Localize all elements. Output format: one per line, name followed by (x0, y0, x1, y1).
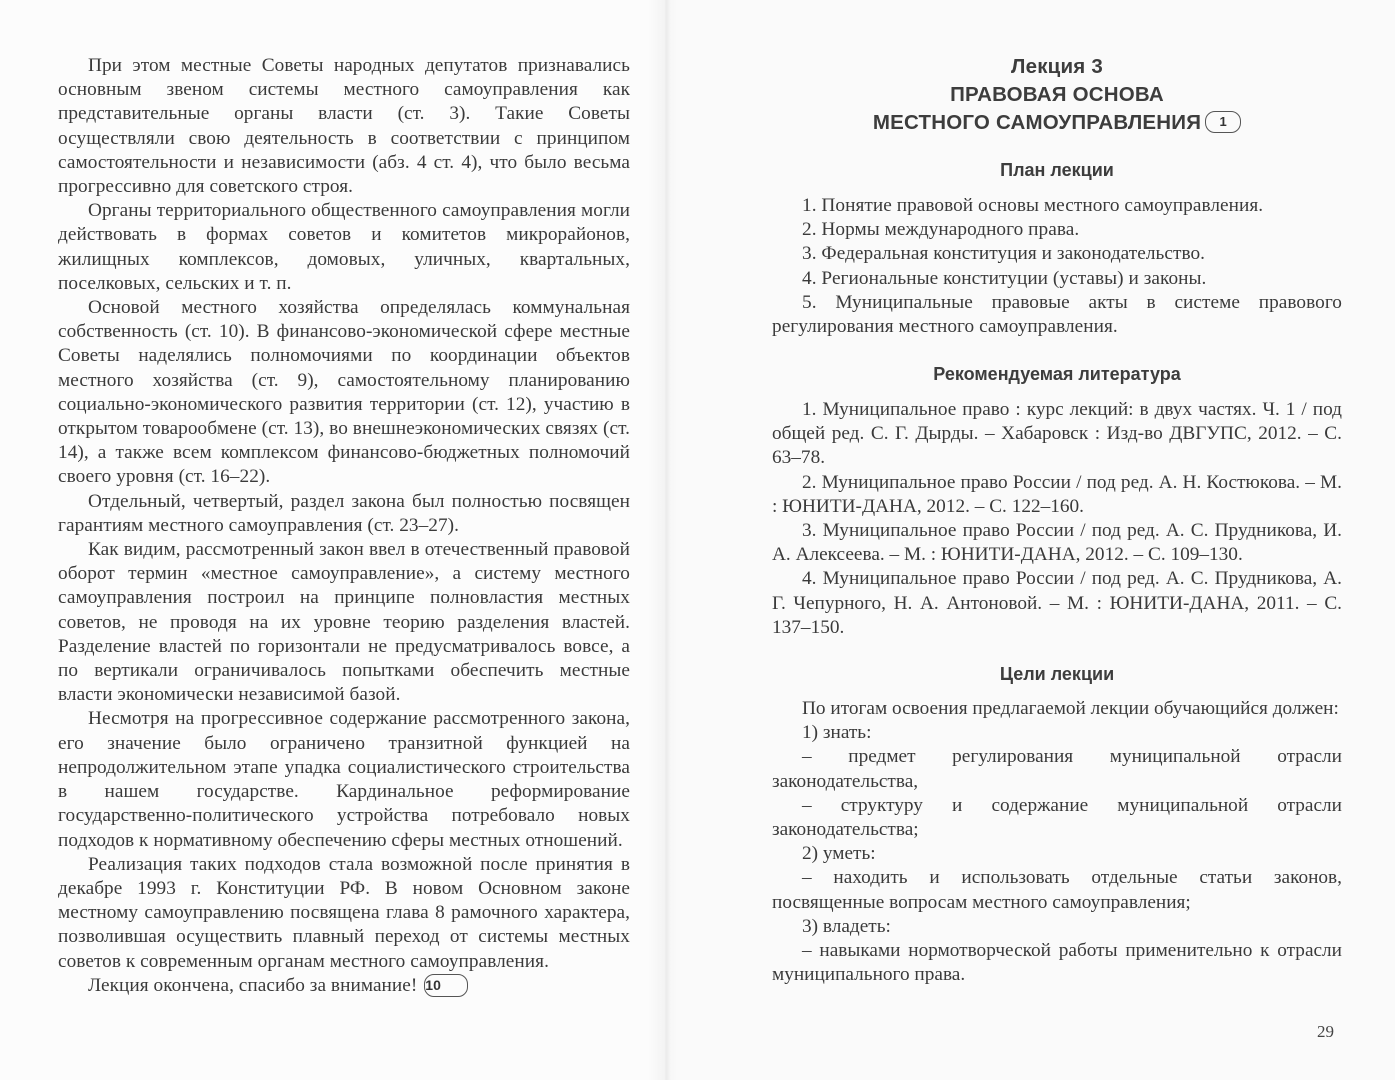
goals-heading: Цели лекции (772, 663, 1342, 685)
literature-item: 3. Муниципальное право России / под ред.… (772, 519, 1342, 567)
goal-item: – находить и использовать отдельные стат… (772, 866, 1342, 914)
paragraph: Как видим, рассмотренный закон ввел в от… (58, 538, 630, 707)
lecture-title-line-1: ПРАВОВАЯ ОСНОВА (772, 81, 1342, 109)
lecture-title-line-2-wrap: МЕСТНОГО САМОУПРАВЛЕНИЯ1 (772, 109, 1342, 137)
paragraph: Органы территориального общественного са… (58, 199, 630, 296)
closing-paragraph: Лекция окончена, спасибо за внимание! 10 (58, 974, 630, 998)
plan-item: 3. Федеральная конституция и законодател… (772, 242, 1342, 266)
plan-item: 2. Нормы международного права. (772, 218, 1342, 242)
lecture-label: Лекция 3 (772, 53, 1342, 81)
goal-item: – предмет регулирования муниципальной от… (772, 745, 1342, 793)
goal-item: – навыками нормотворческой работы примен… (772, 939, 1342, 987)
slide-number-badge: 10 (424, 974, 468, 997)
plan-item: 4. Региональные конституции (уставы) и з… (772, 267, 1342, 291)
goal-item: 3) владеть: (772, 915, 1342, 939)
literature-heading: Рекомендуемая литература (772, 363, 1342, 385)
paragraph: Несмотря на прогрессивное содержание рас… (58, 707, 630, 852)
lecture-title: Лекция 3 ПРАВОВАЯ ОСНОВА МЕСТНОГО САМОУП… (772, 53, 1342, 137)
literature-list: 1. Муниципальное право : курс лекций: в … (772, 398, 1342, 640)
goals-intro: По итогам освоения предлагаемой лекции о… (772, 697, 1342, 721)
plan-heading: План лекции (772, 159, 1342, 181)
goal-item: 2) уметь: (772, 842, 1342, 866)
goals-list: По итогам освоения предлагаемой лекции о… (772, 697, 1342, 987)
lecture-title-line-2: МЕСТНОГО САМОУПРАВЛЕНИЯ (873, 111, 1201, 134)
slide-number-badge: 1 (1205, 111, 1241, 133)
goal-item: 1) знать: (772, 721, 1342, 745)
goal-item: – структуру и содержание муниципальной о… (772, 794, 1342, 842)
paragraph: При этом местные Советы народных депутат… (58, 54, 630, 199)
literature-item: 4. Муниципальное право России / под ред.… (772, 567, 1342, 640)
paragraph: Основой местного хозяйства определялась … (58, 296, 630, 490)
plan-item: 5. Муниципальные правовые акты в системе… (772, 291, 1342, 339)
paragraph: Отдельный, четвертый, раздел закона был … (58, 490, 630, 538)
plan-list: 1. Понятие правовой основы местного само… (772, 194, 1342, 339)
book-gutter (648, 0, 678, 1080)
plan-item: 1. Понятие правовой основы местного само… (772, 194, 1342, 218)
left-page-text: При этом местные Советы народных депутат… (58, 54, 630, 998)
paragraph: Реализация таких подходов стала возможно… (58, 853, 630, 974)
literature-item: 2. Муниципальное право России / под ред.… (772, 471, 1342, 519)
page-number: 29 (1317, 1022, 1334, 1042)
closing-line: Лекция окончена, спасибо за внимание! (88, 975, 417, 996)
literature-item: 1. Муниципальное право : курс лекций: в … (772, 398, 1342, 471)
